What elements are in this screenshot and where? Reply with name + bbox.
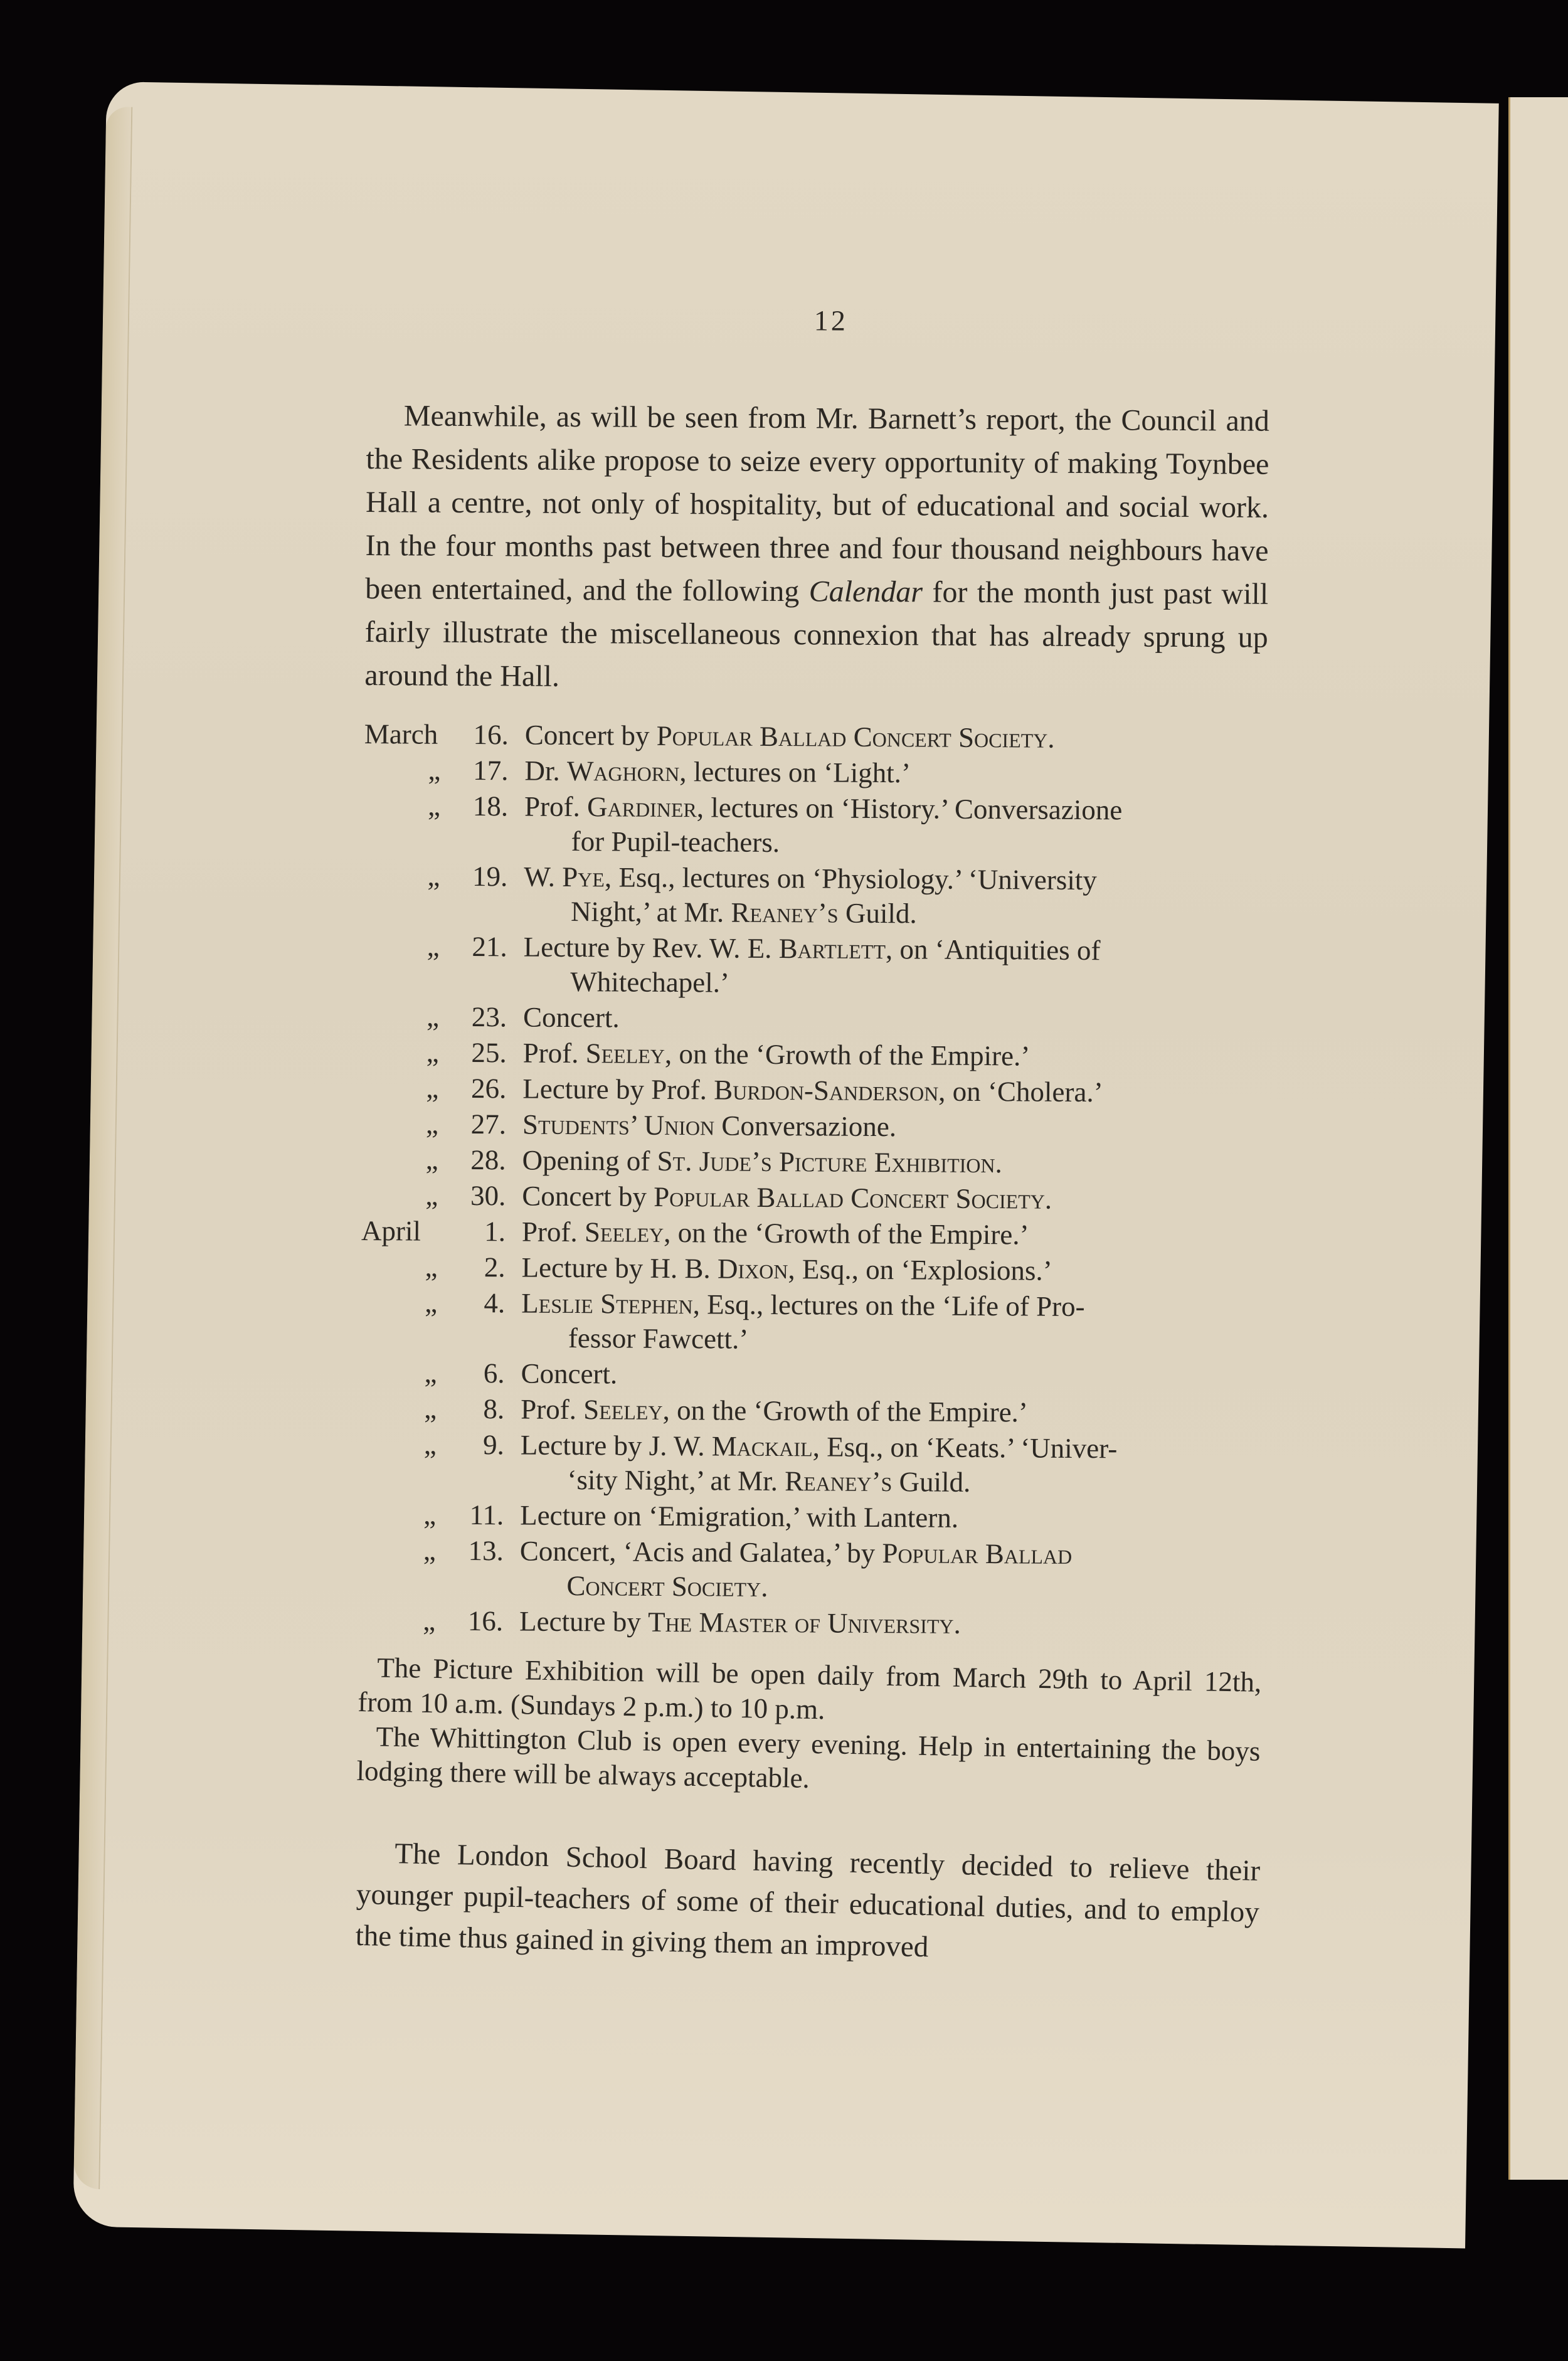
- event-description: W. Pye, Esq., lectures on ‘Physiology.’ …: [524, 860, 1267, 933]
- day-number: 26.: [456, 1071, 522, 1106]
- calendar-entry: „13.Concert, ‘Acis and Galatea,’ by Popu…: [359, 1533, 1263, 1608]
- event-text: Concert by: [525, 719, 657, 751]
- ditto-mark: „: [359, 1533, 453, 1603]
- event-text: ‘sity Night,’ at Mr.: [567, 1464, 785, 1497]
- small-caps-name: St. Jude’s Picture Exhibition: [657, 1145, 995, 1179]
- event-description: Prof. Seeley, on the ‘Growth of the Empi…: [522, 1215, 1264, 1254]
- event-description: Students’ Union Conversazione.: [522, 1108, 1265, 1147]
- small-caps-name: Seeley: [586, 1037, 665, 1069]
- event-description: Dr. Waghorn, lectures on ‘Light.’: [524, 754, 1267, 793]
- event-description: Prof. Gardiner, lectures on ‘History.’ C…: [524, 790, 1268, 863]
- event-description: Concert.: [521, 1357, 1263, 1396]
- event-text: .: [995, 1147, 1002, 1179]
- ditto-mark: „: [363, 859, 458, 928]
- day-number: 2.: [455, 1250, 521, 1285]
- event-text: .: [953, 1608, 961, 1640]
- event-text: Conversazione.: [714, 1110, 896, 1142]
- calendar-entry: „2.Lecture by H. B. Dixon, Esq., on ‘Exp…: [361, 1249, 1264, 1290]
- event-text: Concert, ‘Acis and Galatea,’ by: [520, 1536, 882, 1569]
- event-text: Concert.: [521, 1358, 617, 1390]
- event-text: , Esq., on ‘Keats.’ ‘Univer-: [813, 1431, 1118, 1464]
- event-text: , on the ‘Growth of the Empire.’: [664, 1217, 1029, 1251]
- small-caps-name: Waghorn: [567, 755, 680, 787]
- event-continuation: Whitechapel.’: [523, 965, 1266, 1004]
- small-caps-name: Concert Society: [566, 1570, 761, 1603]
- small-caps-name: Leslie Stephen: [521, 1288, 693, 1320]
- day-number: 25.: [457, 1036, 523, 1071]
- day-number: 11.: [453, 1498, 520, 1533]
- month-label: April: [361, 1214, 455, 1249]
- closing-text: The London School Board having recently …: [355, 1837, 1260, 1963]
- event-text: .: [1047, 723, 1055, 754]
- event-text: Opening of: [522, 1145, 657, 1177]
- event-description: Lecture on ‘Emigration,’ with Lantern.: [520, 1499, 1263, 1537]
- day-number: 21.: [457, 930, 524, 999]
- day-number: 23.: [457, 1000, 523, 1035]
- calendar-entry: „4.Leslie Stephen, Esq., lectures on the…: [361, 1285, 1264, 1360]
- small-caps-name: Gardiner: [587, 791, 697, 823]
- event-description: Lecture by H. B. Dixon, Esq., on ‘Explos…: [521, 1251, 1264, 1290]
- event-description: Concert by Popular Ballad Concert Societ…: [522, 1179, 1264, 1218]
- ditto-mark: „: [361, 1285, 455, 1355]
- event-text: Lecture by J. W.: [521, 1430, 712, 1462]
- event-text: Guild.: [892, 1466, 970, 1498]
- event-text: , Esq., on ‘Explosions.’: [788, 1253, 1052, 1287]
- small-caps-name: Mackail: [712, 1430, 813, 1462]
- calendar-entry: „11.Lecture on ‘Emigration,’ with Lanter…: [359, 1497, 1263, 1537]
- small-caps-name: Pye: [562, 861, 605, 893]
- event-description: Lecture by Rev. W. E. Bartlett, on ‘Anti…: [523, 930, 1266, 1004]
- calendar-entry: „18.Prof. Gardiner, lectures on ‘History…: [364, 788, 1268, 863]
- calendar-entry: „9.Lecture by J. W. Mackail, Esq., on ‘K…: [359, 1427, 1263, 1502]
- note-text: The Whittington Club is open every eveni…: [356, 1721, 1261, 1793]
- event-text: , on the ‘Growth of the Empire.’: [665, 1038, 1030, 1072]
- ditto-mark: „: [361, 1178, 455, 1213]
- event-description: Concert.: [523, 1000, 1266, 1039]
- event-description: Concert by Popular Ballad Concert Societ…: [525, 718, 1268, 757]
- calendar-entry: „19.W. Pye, Esq., lectures on ‘Physiolog…: [363, 859, 1267, 933]
- day-number: 19.: [457, 859, 524, 929]
- small-caps-name: Reaney’s: [785, 1465, 893, 1497]
- month-label: March: [364, 717, 458, 752]
- page-edge: [73, 107, 132, 2189]
- small-caps-name: Dixon: [718, 1253, 788, 1285]
- event-text: Prof.: [522, 1216, 585, 1248]
- event-description: Leslie Stephen, Esq., lectures on the ‘L…: [521, 1287, 1264, 1360]
- intro-paragraph: Meanwhile, as will be seen from Mr. Barn…: [364, 394, 1269, 703]
- event-text: Prof.: [521, 1394, 583, 1426]
- calendar-entry: „26.Lecture by Prof. Burdon-Sanderson, o…: [362, 1071, 1265, 1111]
- small-caps-name: Students’ Union: [522, 1109, 714, 1142]
- ditto-mark: „: [359, 1497, 453, 1532]
- day-number: 8.: [454, 1392, 521, 1427]
- event-text: Concert.: [523, 1002, 620, 1034]
- event-text: , on the ‘Growth of the Empire.’: [662, 1394, 1028, 1428]
- event-text: Prof.: [523, 1037, 586, 1069]
- event-continuation: Night,’ at Mr. Reaney’s Guild.: [524, 894, 1266, 933]
- page-number: 12: [392, 301, 1270, 340]
- day-number: 16.: [453, 1604, 519, 1639]
- event-calendar: March16.Concert by Popular Ballad Concer…: [359, 717, 1268, 1643]
- ditto-mark: „: [363, 929, 457, 999]
- note-whittington-club: The Whittington Club is open every eveni…: [356, 1719, 1261, 1803]
- ditto-mark: „: [360, 1391, 454, 1426]
- event-description: Prof. Seeley, on the ‘Growth of the Empi…: [521, 1393, 1263, 1431]
- small-caps-name: The Master of University: [648, 1606, 954, 1640]
- small-caps-name: Popular Ballad: [882, 1537, 1072, 1570]
- event-description: Opening of St. Jude’s Picture Exhibition…: [522, 1143, 1264, 1182]
- event-text: , lectures on ‘Light.’: [679, 756, 911, 788]
- ditto-mark: „: [361, 1249, 455, 1285]
- ditto-mark: „: [363, 1035, 457, 1070]
- event-text: Concert by: [522, 1180, 654, 1212]
- calendar-entry: „28.Opening of St. Jude’s Picture Exhibi…: [361, 1142, 1264, 1182]
- event-continuation: fessor Fawcett.’: [521, 1321, 1264, 1360]
- ditto-mark: „: [364, 788, 458, 858]
- small-caps-name: Burdon-Sanderson: [714, 1074, 938, 1106]
- event-text: .: [1045, 1184, 1052, 1215]
- event-text: Prof.: [524, 791, 587, 823]
- ditto-mark: „: [364, 753, 458, 788]
- ditto-mark: „: [362, 1071, 456, 1106]
- calendar-entry: „8.Prof. Seeley, on the ‘Growth of the E…: [360, 1391, 1263, 1431]
- small-caps-name: Seeley: [583, 1394, 663, 1426]
- event-text: , Esq., lectures on ‘Physiology.’ ‘Unive…: [605, 861, 1097, 896]
- calendar-entry: March16.Concert by Popular Ballad Concer…: [364, 717, 1268, 757]
- calendar-entry: „17.Dr. Waghorn, lectures on ‘Light.’: [364, 753, 1267, 793]
- event-continuation: ‘sity Night,’ at Mr. Reaney’s Guild.: [520, 1463, 1263, 1502]
- event-text: , on ‘Antiquities of: [886, 933, 1101, 966]
- event-text: Night,’ at Mr.: [571, 896, 731, 928]
- event-text: Lecture by: [519, 1606, 648, 1638]
- event-continuation: for Pupil-teachers.: [524, 824, 1267, 863]
- ditto-mark: „: [359, 1603, 453, 1638]
- ditto-mark: „: [361, 1142, 455, 1177]
- calendar-entry: „6.Concert.: [360, 1356, 1263, 1396]
- event-text: Guild.: [839, 898, 917, 930]
- event-text: Lecture by H. B.: [521, 1252, 718, 1285]
- day-number: 28.: [455, 1143, 522, 1178]
- event-continuation: Concert Society.: [519, 1569, 1262, 1608]
- day-number: 6.: [454, 1356, 521, 1391]
- calendar-entry: „27.Students’ Union Conversazione.: [362, 1106, 1265, 1147]
- day-number: 17.: [458, 753, 524, 788]
- calendar-entry: „21.Lecture by Rev. W. E. Bartlett, on ‘…: [363, 929, 1266, 1004]
- event-text: Lecture by Rev. W. E.: [524, 931, 779, 964]
- day-number: 16.: [458, 718, 525, 753]
- small-caps-name: Bartlett: [779, 933, 886, 965]
- day-number: 27.: [456, 1107, 522, 1142]
- closing-paragraph: The London School Board having recently …: [355, 1832, 1261, 1975]
- day-number: 1.: [455, 1214, 522, 1249]
- day-number: 13.: [453, 1534, 520, 1603]
- note-text: The Picture Exhibition will be open dail…: [358, 1652, 1262, 1725]
- event-description: Prof. Seeley, on the ‘Growth of the Empi…: [523, 1036, 1266, 1075]
- event-text: .: [761, 1571, 768, 1603]
- day-number: 18.: [458, 789, 525, 859]
- event-text: , on ‘Cholera.’: [938, 1076, 1103, 1108]
- event-text: , Esq., lectures on the ‘Life of Pro-: [693, 1288, 1085, 1322]
- small-caps-name: Popular Ballad Concert Society: [654, 1181, 1045, 1215]
- event-description: Lecture by The Master of University.: [519, 1605, 1262, 1643]
- small-caps-name: Seeley: [585, 1216, 664, 1248]
- facing-page-edge: [1508, 97, 1568, 2180]
- small-caps-name: Reaney’s: [731, 897, 839, 929]
- day-number: 4.: [455, 1286, 522, 1356]
- event-description: Concert, ‘Acis and Galatea,’ by Popular …: [519, 1534, 1263, 1608]
- closing-section: The London School Board having recently …: [355, 1832, 1261, 1975]
- calendar-italic: Calendar: [809, 575, 923, 608]
- small-caps-name: Popular Ballad Concert Society: [657, 720, 1048, 754]
- calendar-entry: „25.Prof. Seeley, on the ‘Growth of the …: [363, 1035, 1266, 1075]
- day-number: 9.: [453, 1428, 521, 1497]
- event-text: W.: [524, 861, 562, 893]
- calendar-entry: „30.Concert by Popular Ballad Concert So…: [361, 1178, 1264, 1218]
- ditto-mark: „: [362, 1106, 456, 1142]
- event-description: Lecture by Prof. Burdon-Sanderson, on ‘C…: [522, 1072, 1265, 1111]
- event-text: Lecture by Prof.: [522, 1073, 714, 1106]
- ditto-mark: „: [363, 999, 457, 1034]
- event-text: Lecture on ‘Emigration,’ with Lantern.: [520, 1500, 958, 1534]
- event-text: , lectures on ‘History.’ Conversazione: [697, 792, 1123, 825]
- notes: The Picture Exhibition will be open dail…: [356, 1650, 1261, 1803]
- calendar-entry: „23.Concert.: [363, 999, 1266, 1039]
- calendar-entry: „16.Lecture by The Master of University.: [359, 1603, 1262, 1643]
- event-text: Dr.: [524, 755, 567, 787]
- ditto-mark: „: [360, 1356, 454, 1391]
- calendar-entry: April1.Prof. Seeley, on the ‘Growth of t…: [361, 1214, 1264, 1254]
- day-number: 30.: [455, 1179, 522, 1214]
- event-description: Lecture by J. W. Mackail, Esq., on ‘Keat…: [520, 1428, 1263, 1502]
- ditto-mark: „: [359, 1427, 454, 1497]
- page-content: 12 Meanwhile, as will be seen from Mr. B…: [357, 301, 1270, 1962]
